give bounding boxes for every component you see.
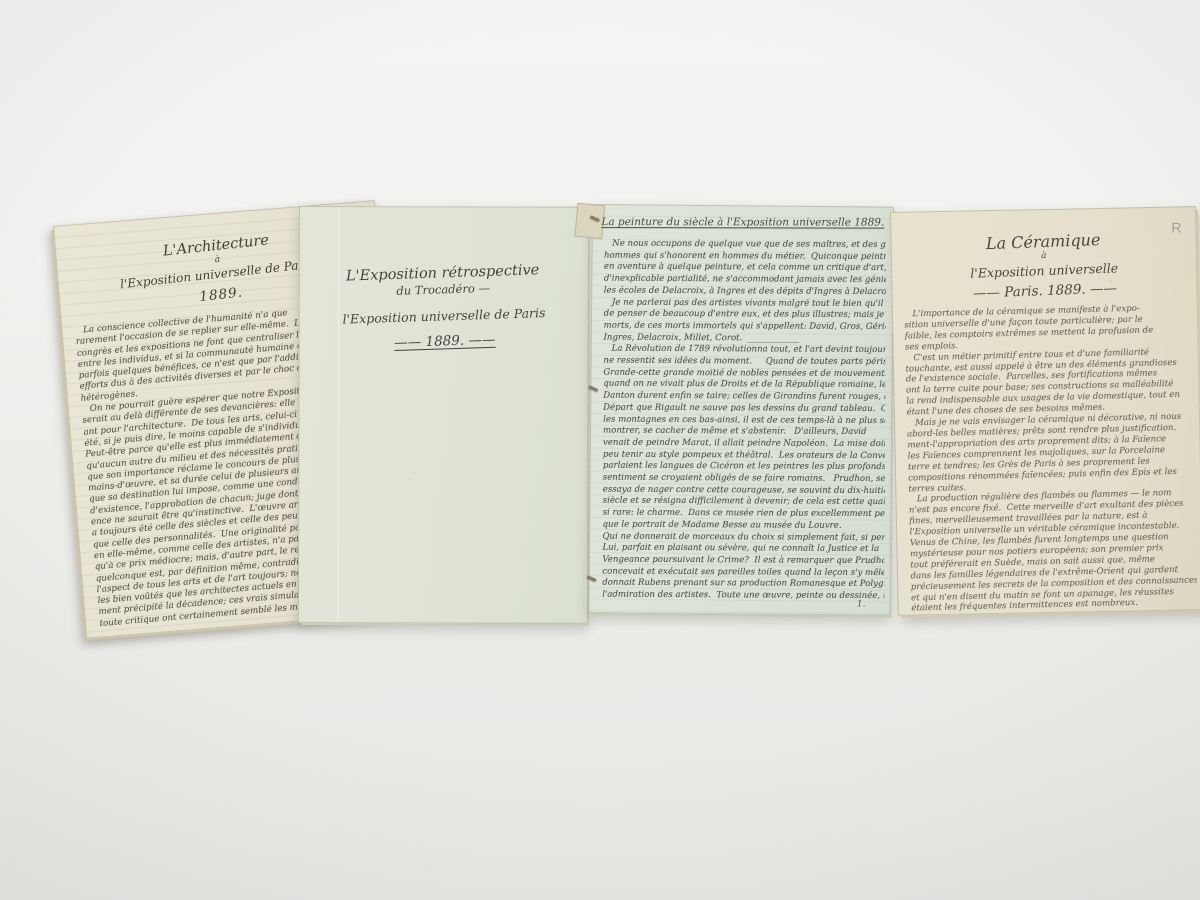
page-number: 1. xyxy=(857,599,866,609)
binding-stitch xyxy=(587,575,597,582)
manuscript-peinture-header: La peinture du siècle à l'Exposition uni… xyxy=(593,216,893,229)
binding-stitch xyxy=(588,385,598,392)
manuscript-ceramique: R La Céramique à l'Exposition universell… xyxy=(890,206,1200,616)
title-line: —— 1889. —— xyxy=(301,329,589,354)
handwritten-line: l'admiration des artistes. Toute une œuv… xyxy=(602,590,884,603)
manuscript-ceramique-body: L'importance de la céramique se manifest… xyxy=(904,303,1197,615)
handwritten-line: Vengeance poursuivant le Crime? Il est à… xyxy=(602,555,884,568)
handwritten-line: les écoles de Delacroix, à Ingres et des… xyxy=(604,285,886,298)
handwritten-line: Ne nous occupons de quelque vue que de s… xyxy=(604,239,886,252)
handwritten-line: Départ que Rigault ne sauve pas les dess… xyxy=(603,402,885,415)
handwritten-line: morts, de ces morts immortels qui s'appe… xyxy=(604,321,886,334)
photo-background: L'Architecture à l'Exposition universell… xyxy=(0,0,1200,900)
manuscript-trocadero: L'Exposition rétrospective du Trocadéro … xyxy=(298,206,589,624)
manuscript-peinture-body: Ne nous occupons de quelque vue que de s… xyxy=(602,239,886,603)
handwritten-line: venait de peindre Marat, il allait peind… xyxy=(603,438,885,451)
manuscript-peinture: La peinture du siècle à l'Exposition uni… xyxy=(588,204,894,616)
manuscript-ceramique-title: La Céramique à l'Exposition universelle … xyxy=(891,227,1197,305)
manuscript-trocadero-title: L'Exposition rétrospective du Trocadéro … xyxy=(298,261,589,354)
handwritten-line: que le portrait de Madame Besse au musée… xyxy=(603,519,885,532)
title-line: l'Exposition universelle de Paris xyxy=(300,304,588,328)
